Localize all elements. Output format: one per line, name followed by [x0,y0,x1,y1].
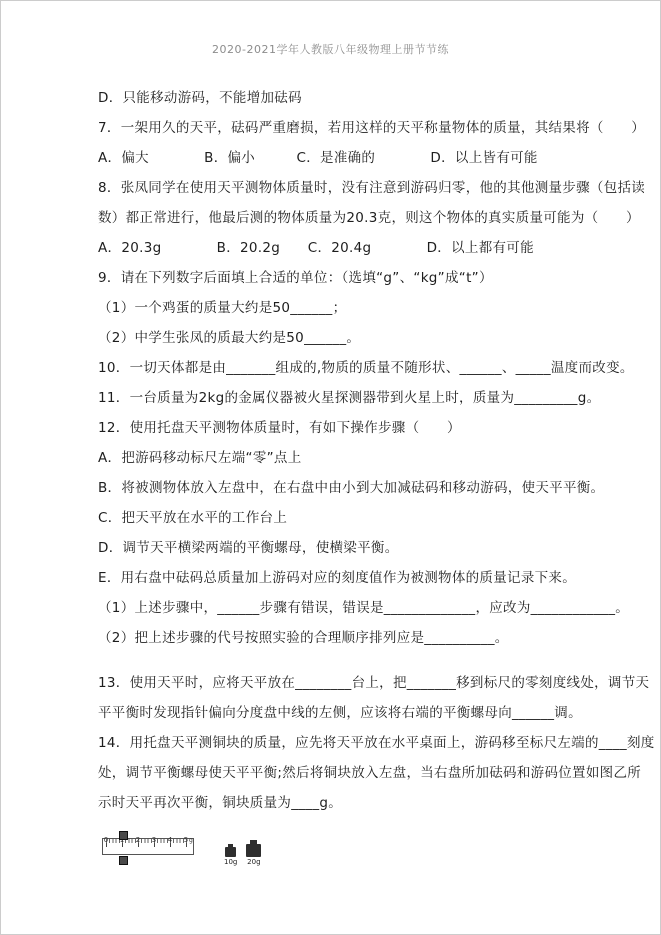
question-line: 14．用托盘天平测铜块的质量，应先将天平放在水平桌面上，游码移至标尺左端的___… [98,728,660,758]
question-line: 示时天平再次平衡，铜块质量为____g。 [98,788,660,818]
weight-10g: 10g [224,844,237,867]
question-line: 7．一架用久的天平，砝码严重磨损，若用这样的天平称量物体的质量，其结果将（ ） [98,113,660,143]
rider-slider-bottom [119,856,128,865]
rider-slider-top [119,831,128,840]
weights-group: 10g 20g [224,840,261,867]
question-line: 11．一台质量为2kg的金属仪器被火星探测器带到火星上时，质量为________… [98,383,660,413]
question-line: 9．请在下列数字后面填上合适的单位：（选填“g”、“kg”成“t”） [98,263,660,293]
blank-line: （2）中学生张凤的质最大约是50______。 [98,323,660,353]
option-line: D．调节天平横梁两端的平衡螺母，使横梁平衡。 [98,533,660,563]
question-line: 12．使用托盘天平测物体质量时，有如下操作步骤（ ） [98,413,660,443]
worksheet-page: 2020-2021学年人教版八年级物理上册节节练 D．只能移动游码，不能增加砝码… [0,0,661,935]
page-title: 2020-2021学年人教版八年级物理上册节节练 [1,41,660,57]
blank-line: （1）上述步骤中，______步骤有错误，错误是_____________，应改… [98,593,660,623]
option-line: A．把游码移动标尺左端“零”点上 [98,443,660,473]
weight-body-icon [225,847,236,857]
question-line: 13．使用天平时，应将天平放在________台上，把_______移到标尺的零… [98,668,660,698]
option-line: D．只能移动游码，不能增加砝码 [98,83,660,113]
question-line: 10．一切天体都是由_______组成的,物质的质量不随形状、______、__… [98,353,660,383]
option-line: A．偏大 B．偏小 C．是准确的 D．以上皆有可能 [98,143,660,173]
question-line: 8．张凤同学在使用天平测物体质量时，没有注意到游码归零，他的其他测量步骤（包括读 [98,173,660,203]
ruler-ticks [102,838,194,855]
tick-label-4: 4 [168,836,172,844]
option-line: C．把天平放在水平的工作台上 [98,503,660,533]
question-line: 处，调节平衡螺母使天平平衡;然后将铜块放入左盘，当右盘所加砝码和游码位置如图乙所 [98,758,660,788]
option-line: E．用右盘中砝码总质量加上游码对应的刻度值作为被测物体的质量记录下来。 [98,563,660,593]
tick-label-3: 3 [152,836,156,844]
blank-line: （1）一个鸡蛋的质量大约是50______； [98,293,660,323]
option-line: A．20.3g B．20.2g C．20.4g D．以上都有可能 [98,233,660,263]
question-line: 数）都正常进行，他最后测的物体质量为20.3克，则这个物体的真实质量可能为（ ） [98,203,660,233]
tick-label-5: 5 [184,836,188,844]
ruler-scale: 0 1 2 3 4 5 g [102,830,212,876]
weight-body-icon [246,844,261,857]
blank-line: （2）把上述步骤的代号按照实验的合理顺序排列应是__________。 [98,623,660,653]
weight-label: 20g [247,858,260,867]
tick-label-0: 0 [104,836,108,844]
weight-20g: 20g [246,840,261,867]
figure-beam-scale: 0 1 2 3 4 5 g 10g 20g [102,830,660,882]
weight-label: 10g [224,858,237,867]
question-line: 平平衡时发现指针偏向分度盘中线的左侧，应该将右端的平衡螺母向______调。 [98,698,660,728]
document-body: D．只能移动游码，不能增加砝码 7．一架用久的天平，砝码严重磨损，若用这样的天平… [98,83,660,882]
option-line: B．将被测物体放入左盘中，在右盘中由小到大加减砝码和移动游码，使天平平衡。 [98,473,660,503]
ruler-unit-label: g [189,837,193,844]
tick-label-2: 2 [136,836,140,844]
